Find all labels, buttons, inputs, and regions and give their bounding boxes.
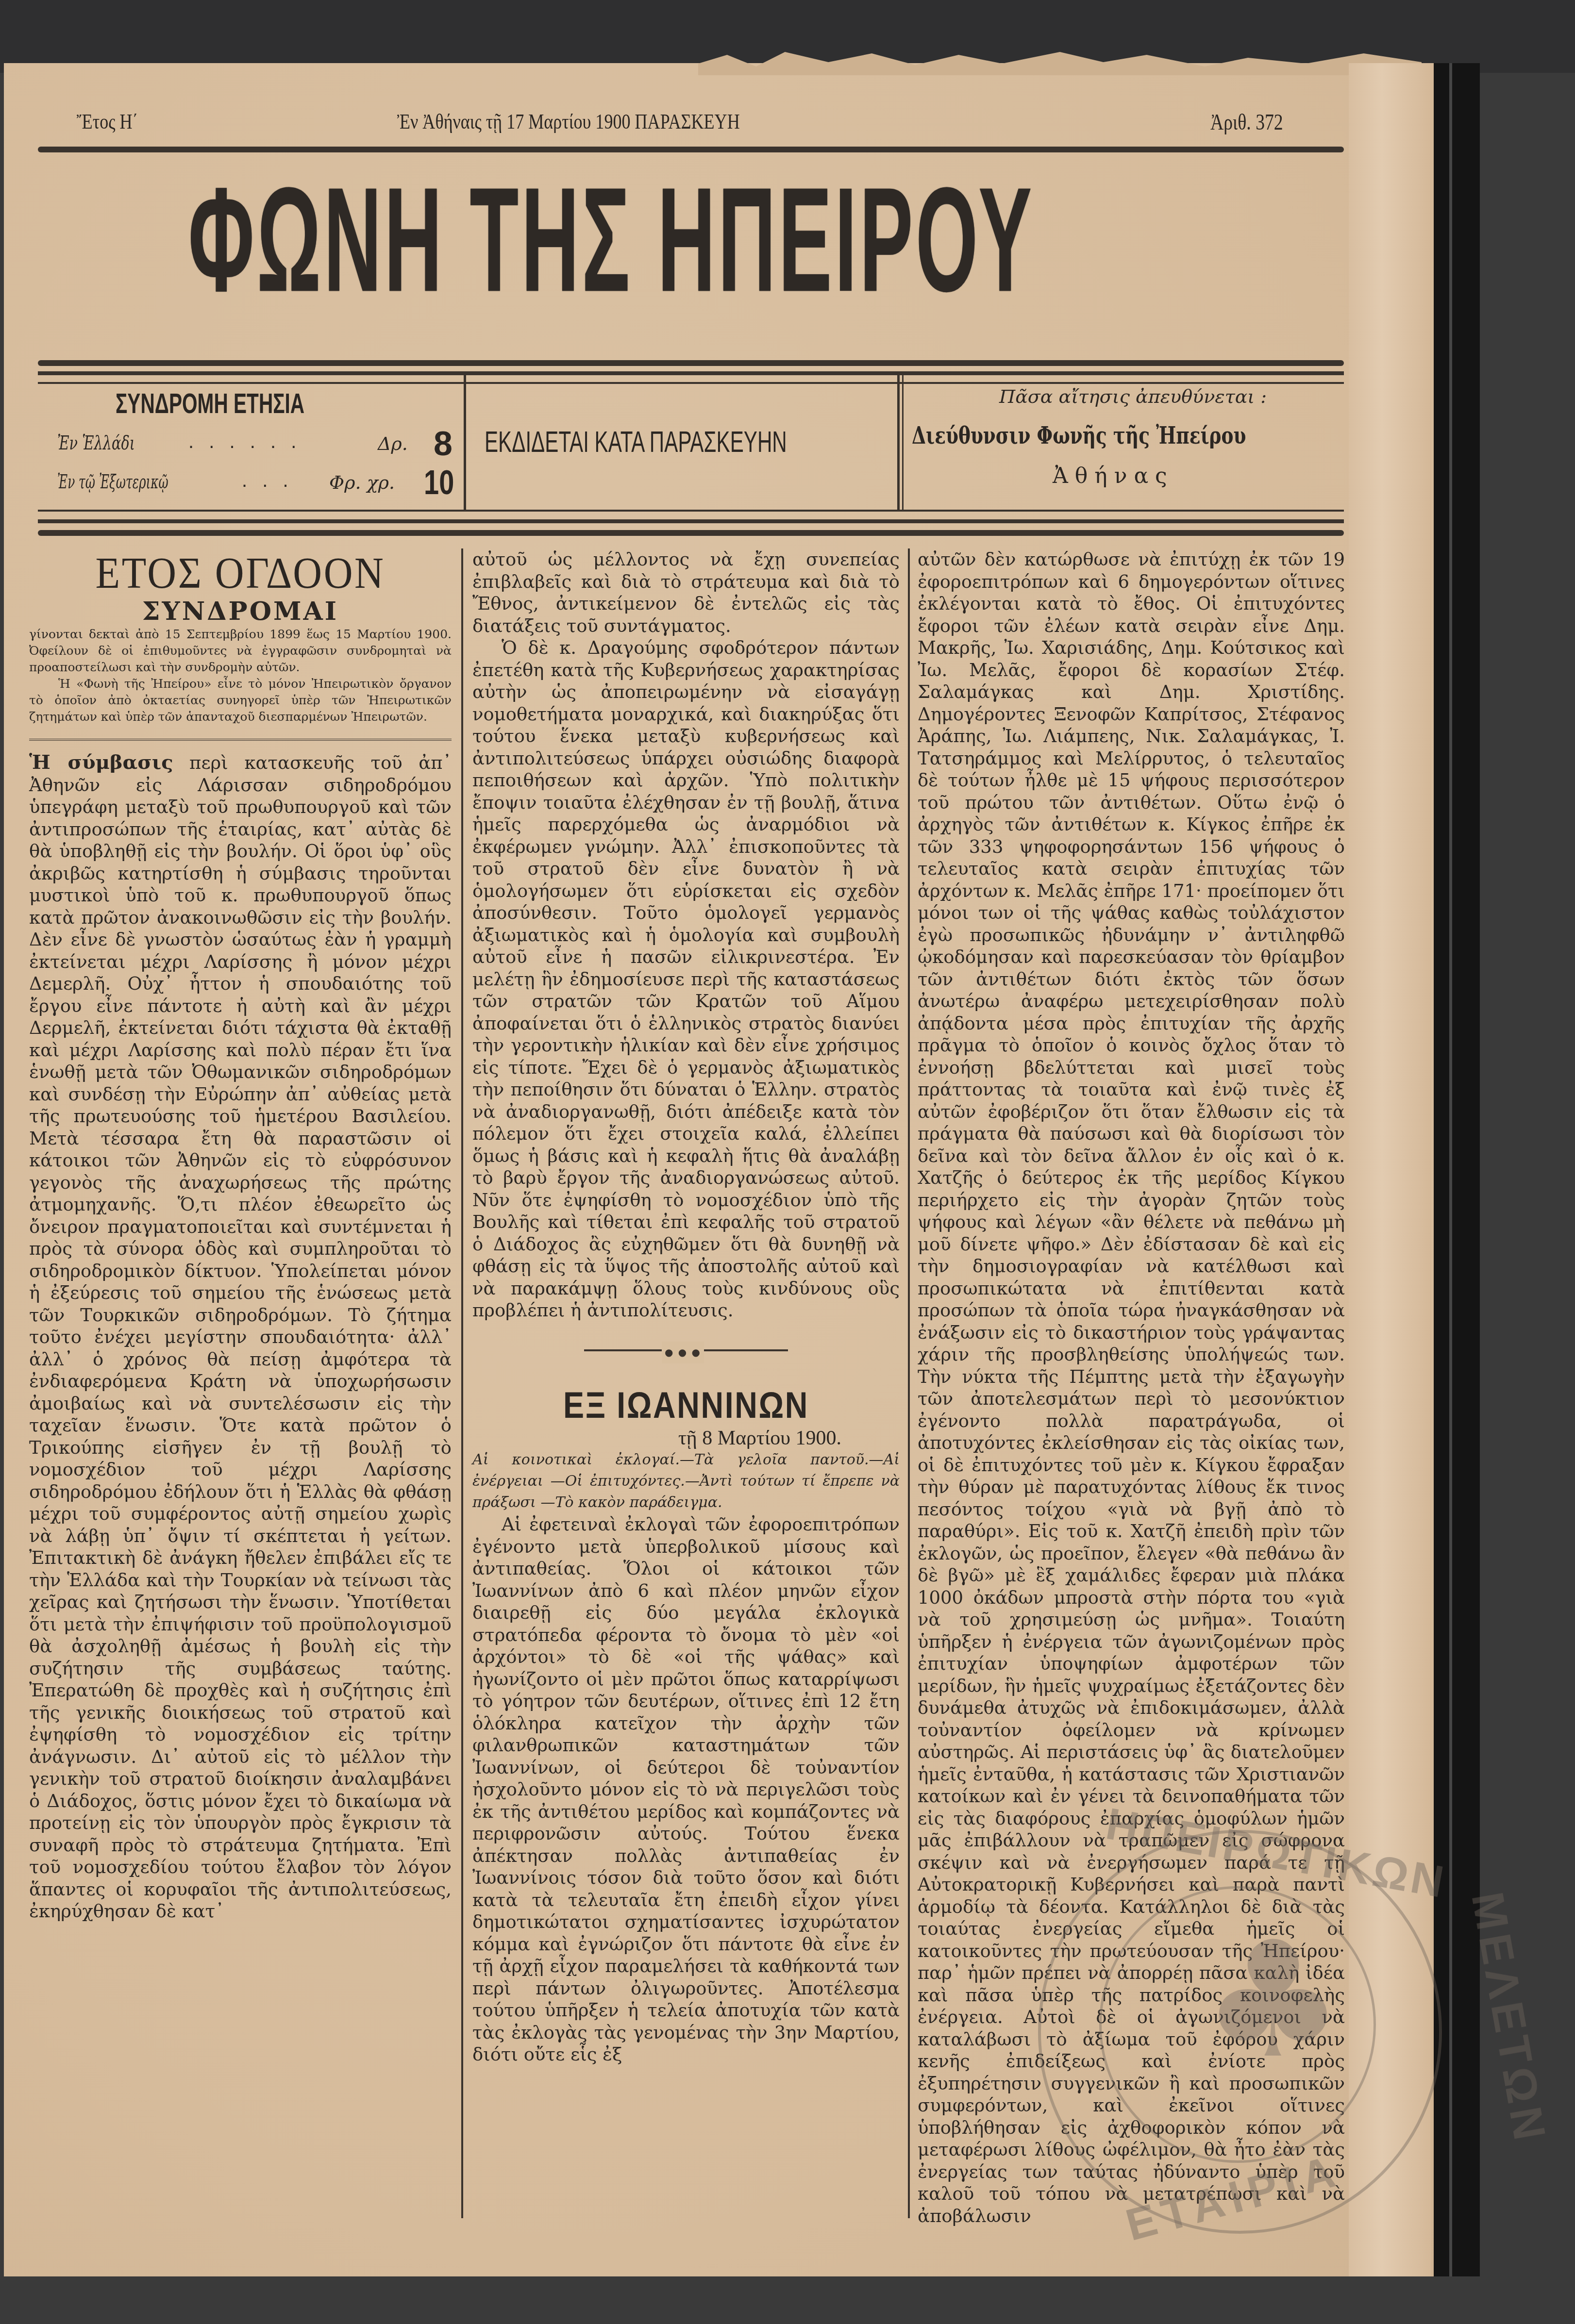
binding-sheen xyxy=(1449,63,1452,2276)
page-edge-stack xyxy=(1349,63,1431,2276)
publication-frequency: ΕΚΔΙΔΕΤΑΙ ΚΑΤΑ ΠΑΡΑΣΚΕΥΗΝ xyxy=(485,425,787,459)
ioannina-body-continued: αὐτῶν δὲν κατώρθωσε νὰ ἐπιτύχῃ ἐκ τῶν 19… xyxy=(918,548,1345,2227)
divider xyxy=(902,374,904,510)
about-paper-notice: Ἡ «Φωνὴ τῆς Ἠπείρου» εἶνε τὸ μόνον Ἠπειρ… xyxy=(29,676,452,725)
rate-label: Ἐν τῷ Ἐξωτερικῷ xyxy=(57,471,168,493)
rate-row-greece: Ἐν Ἑλλάδι . . . . . . Δρ. 8 xyxy=(57,427,446,456)
ioannina-dateline: τῇ 8 Μαρτίου 1900. xyxy=(472,1428,900,1450)
divider xyxy=(897,374,900,510)
newspaper-page: Ἔτος Η΄ Ἐν Ἀθήναις τῇ 17 Μαρτίου 1900 ΠΑ… xyxy=(4,63,1434,2276)
rate-row-abroad: Ἐν τῷ Ἐξωτερικῷ . . . Φρ. χρ. 10 xyxy=(57,466,446,495)
rate-price: 8 xyxy=(434,424,452,463)
ioannina-summary: Αἱ κοινοτικαὶ ἐκλογαί.—Τὰ γελοῖα παντοῦ.… xyxy=(472,1449,900,1513)
subscription-heading: ΣΥΝΔΡΟΜΗ ΕΤΗΣΙΑ xyxy=(116,387,304,420)
article-continuation: αὐτοῦ ὡς μέλλοντος νὰ ἔχῃ συνεπείας ἐπιβ… xyxy=(472,548,900,637)
rule xyxy=(38,360,1344,366)
ioannina-body: Αἱ ἐφετειναὶ ἐκλογαὶ τῶν ἐφοροεπιτρόπων … xyxy=(472,1513,900,2066)
column-3: αὐτῶν δὲν κατώρθωσε νὰ ἐπιτύχῃ ἐκ τῶν 19… xyxy=(918,548,1345,2227)
rate-price: 10 xyxy=(424,463,454,502)
section-subheading: ΣΥΝΔΡΟΜΑΙ xyxy=(29,597,452,626)
column-2: αὐτοῦ ὡς μέλλοντος νὰ ἔχῃ συνεπείας ἐπιβ… xyxy=(472,548,900,2066)
subscription-box: ΣΥΝΔΡΟΜΗ ΕΤΗΣΙΑ Ἐν Ἑλλάδι . . . . . . Δρ… xyxy=(33,374,1354,510)
article-lead: Ἡ σύμβασις xyxy=(29,751,173,774)
subscription-notice: γίνονται δεκταὶ ἀπὸ 15 Σεπτεμβρίου 1899 … xyxy=(29,626,452,676)
section-rule xyxy=(29,732,452,741)
address-block: Πᾶσα αἴτησις ἀπευθύνεται : Διεύθυνσιν Φω… xyxy=(907,374,1354,510)
section-heading: ΕΤΟΣ ΟΓΔΟΟΝ xyxy=(50,548,431,597)
column-divider xyxy=(908,548,910,2218)
rate-label: Ἐν Ἑλλάδι xyxy=(57,432,135,454)
rule xyxy=(38,519,1344,523)
publication-schedule: ΕΚΔΙΔΕΤΑΙ ΚΑΤΑ ΠΑΡΑΣΚΕΥΗΝ xyxy=(470,374,888,510)
subscription-rates: ΣΥΝΔΡΟΜΗ ΕΤΗΣΙΑ Ἐν Ἑλλάδι . . . . . . Δρ… xyxy=(33,374,460,510)
rule xyxy=(38,530,1344,536)
rule xyxy=(38,510,1344,512)
rate-dots: . . . . . . xyxy=(188,431,301,453)
railway-article: Ἡ σύμβασις περὶ κατασκευῆς τοῦ ἀπ᾽ Ἀθηνῶ… xyxy=(29,751,452,1923)
publication-date: Ἐν Ἀθήναις τῇ 17 Μαρτίου 1900 ΠΑΡΑΣΚΕΥΗ xyxy=(397,109,740,134)
address-line: Διεύθυνσιν Φωνῆς τῆς Ἠπείρου xyxy=(912,422,1246,449)
masthead-title: ΦΩΝΗ ΤΗΣ ΗΠΕΙΡΟΥ xyxy=(188,163,744,316)
ornamental-divider xyxy=(584,1346,788,1355)
header-rule xyxy=(38,147,1344,152)
year-label: Ἔτος Η΄ xyxy=(77,109,138,134)
address-city: Ἀθήνας xyxy=(1053,464,1174,488)
rate-dots: . . . xyxy=(242,470,293,492)
divider xyxy=(464,374,466,510)
date-line: Ἔτος Η΄ Ἐν Ἀθήναις τῇ 17 Μαρτίου 1900 ΠΑ… xyxy=(4,109,1358,138)
article-body: περὶ κατασκευῆς τοῦ ἀπ᾽ Ἀθηνῶν εἰς Λάρισ… xyxy=(29,752,452,1922)
address-note: Πᾶσα αἴτησις ἀπευθύνεται : xyxy=(999,386,1267,407)
article-paragraph: Ὁ δὲ κ. Δραγούμης σφοδρότερον πάντων ἐπε… xyxy=(472,637,900,1322)
column-divider xyxy=(461,548,463,2218)
rate-unit: Δρ. xyxy=(378,433,408,454)
column-1: ΕΤΟΣ ΟΓΔΟΟΝ ΣΥΝΔΡΟΜΑΙ γίνονται δεκταὶ ἀπ… xyxy=(29,548,452,1923)
issue-number: Ἀριθ. 372 xyxy=(1210,109,1283,135)
rate-unit: Φρ. χρ. xyxy=(329,472,395,493)
book-binding xyxy=(1432,63,1480,2276)
ioannina-heading: ΕΞ ΙΩΑΝΝΙΝΩΝ xyxy=(504,1384,868,1428)
